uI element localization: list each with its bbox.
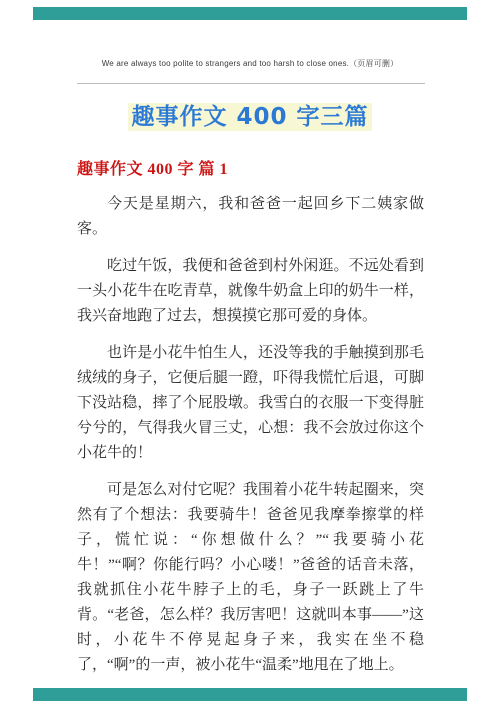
essay-body: 今天是星期六，我和爸爸一起回乡下二姨家做客。吃过午饭，我便和爸爸到村外闲逛。不远… <box>77 192 424 690</box>
essay-paragraph: 今天是星期六，我和爸爸一起回乡下二姨家做客。 <box>77 192 424 242</box>
essay-paragraph: 吃过午饭，我便和爸爸到村外闲逛。不远处看到一头小花牛在吃青草，就像牛奶盒上印的奶… <box>77 254 424 329</box>
header-removable-note: （页眉可删） <box>349 59 398 68</box>
header-english-text: We are always too polite to strangers an… <box>102 59 349 68</box>
page-top-band <box>33 7 467 20</box>
document-page: We are always too polite to strangers an… <box>0 0 500 708</box>
essay-paragraph: 可是怎么对付它呢？我围着小花牛转起圈来，突然有了个想法：我要骑牛！爸爸见我摩拳擦… <box>77 478 424 678</box>
document-title: 趣事作文 400 字三篇 <box>0 98 500 131</box>
page-header-note: We are always too polite to strangers an… <box>0 58 500 69</box>
essay-paragraph: 也许是小花牛怕生人，还没等我的手触摸到那毛绒绒的身子，它便后腿一蹬，吓得我慌忙后… <box>77 341 424 466</box>
document-title-text: 趣事作文 400 字三篇 <box>128 103 371 131</box>
section-heading: 趣事作文 400 字 篇 1 <box>77 156 228 179</box>
page-bottom-band <box>33 688 467 701</box>
header-divider <box>77 83 425 84</box>
